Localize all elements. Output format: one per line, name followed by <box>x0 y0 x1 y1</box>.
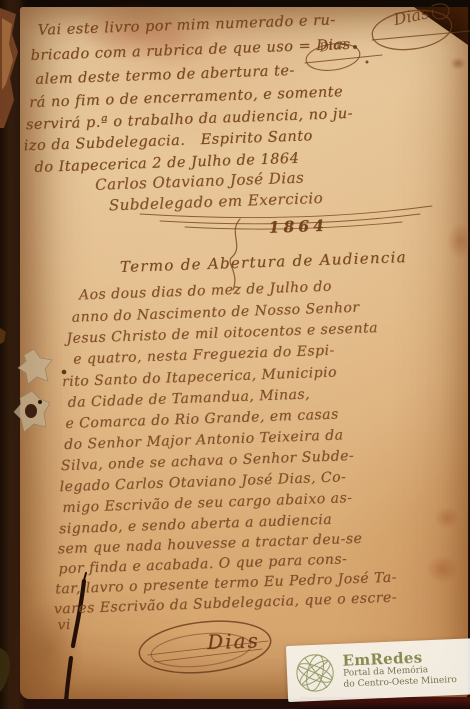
rubric-flourish: Dias <box>392 3 431 29</box>
globe-logo-icon <box>293 651 337 695</box>
manuscript-line: legado Carlos Otaviano José Dias, Co- <box>59 470 346 494</box>
manuscript-line: alem deste termo de abertura te- <box>35 64 295 88</box>
signature-dias: Dias <box>207 630 260 652</box>
handwritten-text-layer: Vai este livro por mim numerado e ru- br… <box>0 0 470 709</box>
signer-name: Carlos Otaviano José Dias <box>95 171 305 193</box>
manuscript-line: e Comarca do Rio Grande, em casas <box>65 407 339 431</box>
signer-role: Subdelegado em Exercicio <box>109 191 324 213</box>
manuscript-line: do Senhor Major Antonio Teixeira da <box>64 428 344 452</box>
manuscript-line: Aos dous dias do mez de Julho do <box>79 280 332 303</box>
manuscript-line: izo da Subdelegacia. Espirito Santo <box>23 129 313 154</box>
year-heading: 1864 <box>268 218 328 236</box>
term-title: Termo de Abertura de Audiencia <box>120 250 407 275</box>
manuscript-line: Vai este livro por mim numerado e ru- <box>37 13 335 38</box>
manuscript-line: vi <box>57 618 71 632</box>
manuscript-line: da Cidade de Tamandua, Minas, <box>67 387 310 409</box>
photo-frame: Vai este livro por mim numerado e ru- br… <box>0 0 470 709</box>
watermark-label: EmRedes Portal da Memória do Centro-Oest… <box>286 638 470 702</box>
manuscript-line: rito Santo do Itapecerica, Municipio <box>62 365 337 389</box>
manuscript-line: bricado com a rubrica de que uso = Dias <box>30 38 351 64</box>
manuscript-line: e quatro, nesta Freguezia do Espi- <box>73 344 335 367</box>
manuscript-line: anno do Nascimento de Nosso Senhor <box>71 301 359 325</box>
